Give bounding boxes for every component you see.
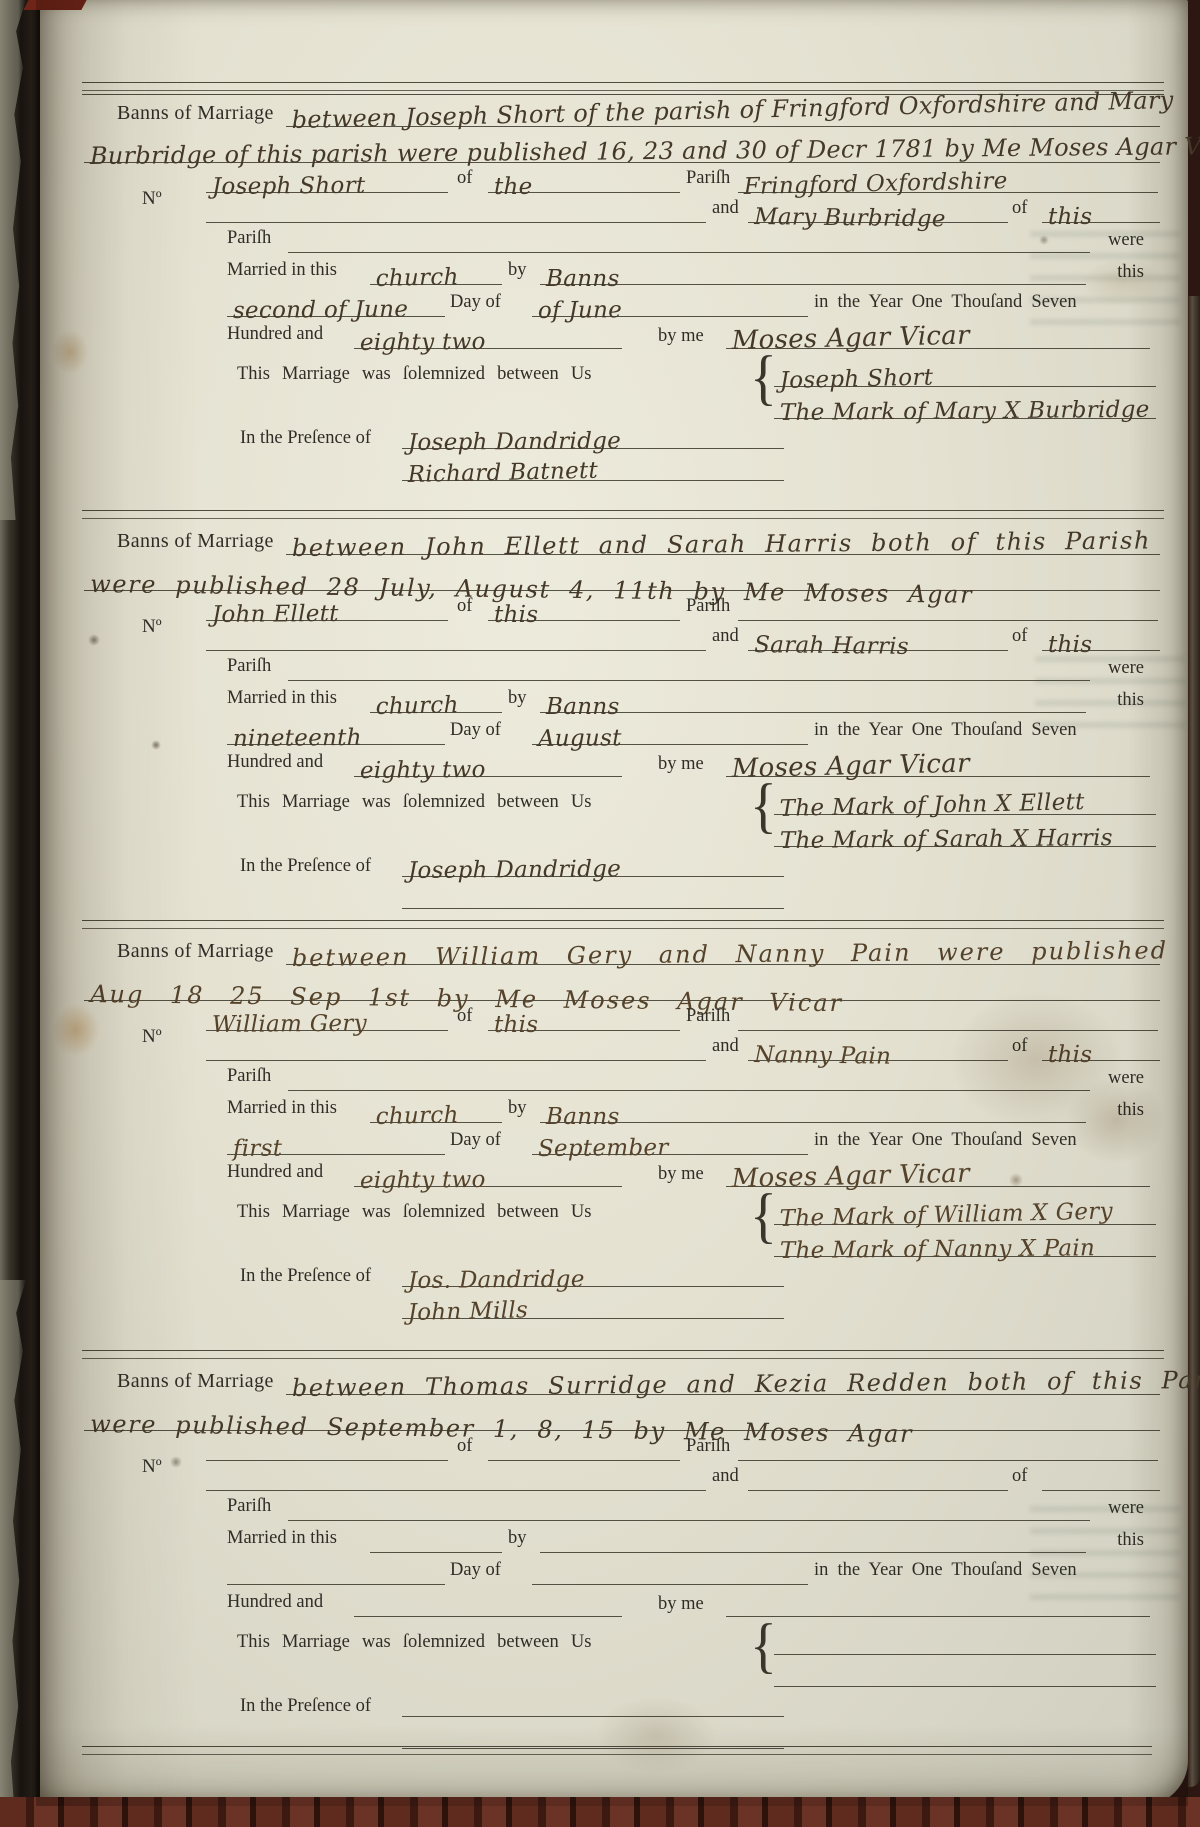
- bride-of-slot: this: [1042, 624, 1160, 651]
- solemnized-label: This Marriage was ſolemnized between Us: [237, 1202, 591, 1223]
- married-in-label: Married in this: [227, 688, 337, 709]
- by-label: by: [508, 1528, 527, 1549]
- divider-rule: [82, 1350, 1164, 1359]
- handwriting: Banns: [546, 694, 620, 720]
- of-label: of: [1012, 1036, 1027, 1057]
- signature-line-2: The Mark of Sarah X Harris: [774, 820, 1156, 847]
- blank-line: [206, 1464, 706, 1491]
- signature-line-1: [774, 1628, 1156, 1655]
- by-label: by: [508, 1098, 527, 1119]
- of-label: of: [457, 596, 472, 617]
- were-label: were: [1108, 230, 1144, 251]
- bride-name-slot: Sarah Harris: [748, 624, 1008, 651]
- year-tens-slot: eighty two: [354, 750, 622, 777]
- witness-signature: Joseph Dandridge: [408, 428, 621, 456]
- signature-line-1: The Mark of John X Ellett: [774, 788, 1156, 815]
- signature-line-1: Joseph Short: [774, 360, 1156, 387]
- banns-text-line1: between William Gery and Nanny Pain were…: [286, 930, 1160, 965]
- blank-line: [206, 196, 706, 223]
- this-label: this: [1117, 1100, 1144, 1121]
- blank-line: [288, 1064, 1090, 1091]
- parish-label: Pariſh: [686, 1436, 730, 1457]
- groom-name-slot: William Gery: [206, 1004, 448, 1031]
- handwriting: Banns: [546, 1104, 620, 1130]
- day-of-label: Day of: [450, 720, 501, 741]
- this-label: this: [1117, 1530, 1144, 1551]
- blank-line: [206, 1034, 706, 1061]
- by-me-label: by me: [658, 1594, 704, 1615]
- and-label: and: [712, 1466, 739, 1487]
- by-me-label: by me: [658, 754, 704, 775]
- marriage-entry-3: Banns of Marriage between William Gery a…: [36, 918, 1188, 1338]
- witness-line-1: Joseph Dandridge: [402, 422, 784, 449]
- hundred-and-label: Hundred and: [227, 752, 323, 773]
- handwriting: first: [233, 1136, 283, 1162]
- handwriting: eighty two: [360, 329, 486, 356]
- of-label: of: [1012, 1466, 1027, 1487]
- groom-name-slot: [206, 1434, 448, 1461]
- by-method-slot: Banns: [540, 1096, 1086, 1123]
- month-slot: [532, 1558, 808, 1585]
- married-in-label: Married in this: [227, 260, 337, 281]
- witness-signature: Jos. Dandridge: [408, 1266, 585, 1294]
- and-label: and: [712, 626, 739, 647]
- bride-signature: The Mark of Sarah X Harris: [780, 825, 1113, 854]
- handwriting: church: [375, 1102, 459, 1130]
- handwriting: second of June: [233, 296, 409, 324]
- handwriting: eighty two: [360, 757, 486, 784]
- officiant-slot: Moses Agar Vicar: [726, 322, 1150, 349]
- year-label: in the Year One Thouſand Seven: [814, 1130, 1077, 1151]
- day-of-label: Day of: [450, 292, 501, 313]
- signature-line-2: [774, 1660, 1156, 1687]
- banns-text-line2: Aug 18 25 Sep 1st by Me Moses Agar Vicar: [84, 966, 1160, 1001]
- by-label: by: [508, 688, 527, 709]
- groom-name-slot: John Ellett: [206, 594, 448, 621]
- officiant-slot: Moses Agar Vicar: [726, 1160, 1150, 1187]
- this-label: this: [1117, 262, 1144, 283]
- signature-line-2: The Mark of Nanny X Pain: [774, 1230, 1156, 1257]
- of-label: of: [457, 1006, 472, 1027]
- handwriting: of June: [538, 297, 622, 324]
- year-tens-slot: [354, 1590, 622, 1617]
- hundred-and-label: Hundred and: [227, 324, 323, 345]
- handwriting: church: [375, 692, 459, 720]
- were-label: were: [1108, 1068, 1144, 1089]
- day-of-label: Day of: [450, 1130, 501, 1151]
- number-label: Nº: [142, 1456, 162, 1478]
- groom-of-slot: [488, 1434, 680, 1461]
- bride-signature: The Mark of Mary X Burbridge: [780, 397, 1150, 426]
- solemnized-label: This Marriage was ſolemnized between Us: [237, 364, 591, 385]
- handwriting: between Joseph Short of the parish of Fr…: [291, 86, 1174, 134]
- witness-line-2: [402, 1722, 784, 1749]
- and-label: and: [712, 198, 739, 219]
- day-of-label: Day of: [450, 1560, 501, 1581]
- banns-text-line2: were published 28 July, August 4, 11th b…: [84, 556, 1160, 591]
- brace-glyph: {: [750, 1611, 777, 1681]
- handwriting: September: [538, 1135, 669, 1162]
- officiant-slot: [726, 1590, 1150, 1617]
- and-label: and: [712, 1036, 739, 1057]
- year-label: in the Year One Thouſand Seven: [814, 1560, 1077, 1581]
- presence-label: In the Preſence of: [240, 1266, 371, 1287]
- by-method-slot: [540, 1526, 1086, 1553]
- day-slot: first: [227, 1128, 445, 1155]
- witness-line-1: Joseph Dandridge: [402, 850, 784, 877]
- witness-signature: Richard Batnett: [407, 458, 598, 488]
- day-slot: [227, 1558, 445, 1585]
- groom-signature: The Mark of William X Gery: [779, 1198, 1113, 1232]
- church-slot: church: [370, 1096, 502, 1123]
- year-label: in the Year One Thouſand Seven: [814, 720, 1077, 741]
- banns-text-line2: Burbridge of this parish were published …: [84, 128, 1160, 163]
- register-photo: { "document": { "kind": "Parish marriage…: [0, 0, 1200, 1827]
- number-label: Nº: [142, 616, 162, 638]
- groom-signature: Joseph Short: [779, 365, 933, 394]
- year-label: in the Year One Thouſand Seven: [814, 292, 1077, 313]
- bride-name-slot: Mary Burbridge: [748, 196, 1008, 223]
- blank-line: [288, 654, 1090, 681]
- church-slot: church: [370, 258, 502, 285]
- handwriting: eighty two: [360, 1167, 486, 1194]
- by-label: by: [508, 260, 527, 281]
- blank-line: [288, 1494, 1090, 1521]
- divider-rule: [82, 920, 1164, 929]
- groom-parish-slot: Fringford Oxfordshire: [738, 166, 1158, 193]
- brace-glyph: {: [750, 343, 777, 413]
- were-label: were: [1108, 658, 1144, 679]
- parish-label: Pariſh: [686, 596, 730, 617]
- day-slot: nineteenth: [227, 718, 445, 745]
- this-label: this: [1117, 690, 1144, 711]
- month-slot: August: [532, 718, 808, 745]
- page-edge-right: [1187, 296, 1200, 1787]
- handwriting: church: [375, 264, 459, 292]
- year-tens-slot: eighty two: [354, 322, 622, 349]
- married-in-label: Married in this: [227, 1098, 337, 1119]
- of-label: of: [457, 1436, 472, 1457]
- church-slot: church: [370, 686, 502, 713]
- groom-parish-slot: [738, 594, 1158, 621]
- banns-text-line2: were published September 1, 8, 15 by Me …: [84, 1396, 1160, 1431]
- brace-glyph: {: [750, 1181, 777, 1251]
- number-label: Nº: [142, 1026, 162, 1048]
- marriage-entry-2: Banns of Marriage between John Ellett an…: [36, 508, 1188, 928]
- presence-label: In the Preſence of: [240, 428, 371, 449]
- signature-line-1: The Mark of William X Gery: [774, 1198, 1156, 1225]
- month-slot: of June: [532, 290, 808, 317]
- bride-of-slot: this: [1042, 1034, 1160, 1061]
- of-label: of: [1012, 198, 1027, 219]
- solemnized-label: This Marriage was ſolemnized between Us: [237, 1632, 591, 1653]
- signature-line-2: The Mark of Mary X Burbridge: [774, 392, 1156, 419]
- book-page-edges-bottom: [0, 1797, 1200, 1827]
- banns-text-line1: between Joseph Short of the parish of Fr…: [286, 92, 1160, 127]
- by-me-label: by me: [658, 1164, 704, 1185]
- banns-text-line1: between John Ellett and Sarah Harris bot…: [286, 520, 1160, 555]
- parish-label: Pariſh: [686, 168, 730, 189]
- witness-line-1: [402, 1690, 784, 1717]
- handwriting: Banns: [546, 266, 620, 292]
- handwriting: Burbridge of this parish were published …: [90, 132, 1200, 170]
- groom-name-slot: Joseph Short: [206, 166, 448, 193]
- year-tens-slot: eighty two: [354, 1160, 622, 1187]
- parish-label: Pariſh: [227, 1066, 271, 1087]
- groom-parish-slot: [738, 1434, 1158, 1461]
- blank-line: [288, 226, 1090, 253]
- groom-of-slot: this: [488, 594, 680, 621]
- marriage-entry-1: Banns of Marriage between Joseph Short o…: [36, 80, 1188, 500]
- groom-of-slot: this: [488, 1004, 680, 1031]
- book-spine-top: [23, 0, 86, 10]
- banns-label: Banns of Marriage: [117, 1370, 274, 1393]
- brace-glyph: {: [750, 771, 777, 841]
- witness-line-1: Jos. Dandridge: [402, 1260, 784, 1287]
- blank-line: [206, 624, 706, 651]
- witness-line-2: [402, 882, 784, 909]
- banns-label: Banns of Marriage: [117, 530, 274, 553]
- solemnized-label: This Marriage was ſolemnized between Us: [237, 792, 591, 813]
- officiant-slot: Moses Agar Vicar: [726, 750, 1150, 777]
- handwriting: August: [538, 725, 622, 752]
- presence-label: In the Preſence of: [240, 1696, 371, 1717]
- day-slot: second of June: [227, 290, 445, 317]
- of-label: of: [1012, 626, 1027, 647]
- by-me-label: by me: [658, 326, 704, 347]
- handwriting: nineteenth: [233, 725, 362, 752]
- marriage-entry-4: Banns of Marriage between Thomas Surridg…: [36, 1348, 1188, 1768]
- by-method-slot: Banns: [540, 258, 1086, 285]
- by-method-slot: Banns: [540, 686, 1086, 713]
- bride-name-slot: [748, 1464, 1008, 1491]
- parish-label: Pariſh: [227, 656, 271, 677]
- bride-name-slot: Nanny Pain: [748, 1034, 1008, 1061]
- witness-line-2: John Mills: [402, 1292, 784, 1319]
- month-slot: September: [532, 1128, 808, 1155]
- were-label: were: [1108, 1498, 1144, 1519]
- of-label: of: [457, 168, 472, 189]
- witness-line-2: Richard Batnett: [402, 454, 784, 481]
- divider-rule: [82, 510, 1164, 519]
- number-label: Nº: [142, 188, 162, 210]
- banns-label: Banns of Marriage: [117, 940, 274, 963]
- groom-signature: The Mark of John X Ellett: [779, 789, 1085, 822]
- parish-label: Pariſh: [227, 1496, 271, 1517]
- presence-label: In the Preſence of: [240, 856, 371, 877]
- bride-of-slot: this: [1042, 196, 1160, 223]
- hundred-and-label: Hundred and: [227, 1162, 323, 1183]
- bride-signature: The Mark of Nanny X Pain: [780, 1235, 1095, 1264]
- parish-label: Pariſh: [227, 228, 271, 249]
- banns-text-line1: between Thomas Surridge and Kezia Redden…: [286, 1360, 1160, 1395]
- hundred-and-label: Hundred and: [227, 1592, 323, 1613]
- married-in-label: Married in this: [227, 1528, 337, 1549]
- parish-label: Pariſh: [686, 1006, 730, 1027]
- witness-signature: Joseph Dandridge: [408, 856, 621, 884]
- church-slot: [370, 1526, 502, 1553]
- witness-signature: John Mills: [407, 1297, 528, 1326]
- bottom-rule: [82, 1746, 1152, 1755]
- groom-parish-slot: [738, 1004, 1158, 1031]
- groom-of-slot: the: [488, 166, 680, 193]
- bride-of-slot: [1042, 1464, 1160, 1491]
- banns-label: Banns of Marriage: [117, 102, 274, 125]
